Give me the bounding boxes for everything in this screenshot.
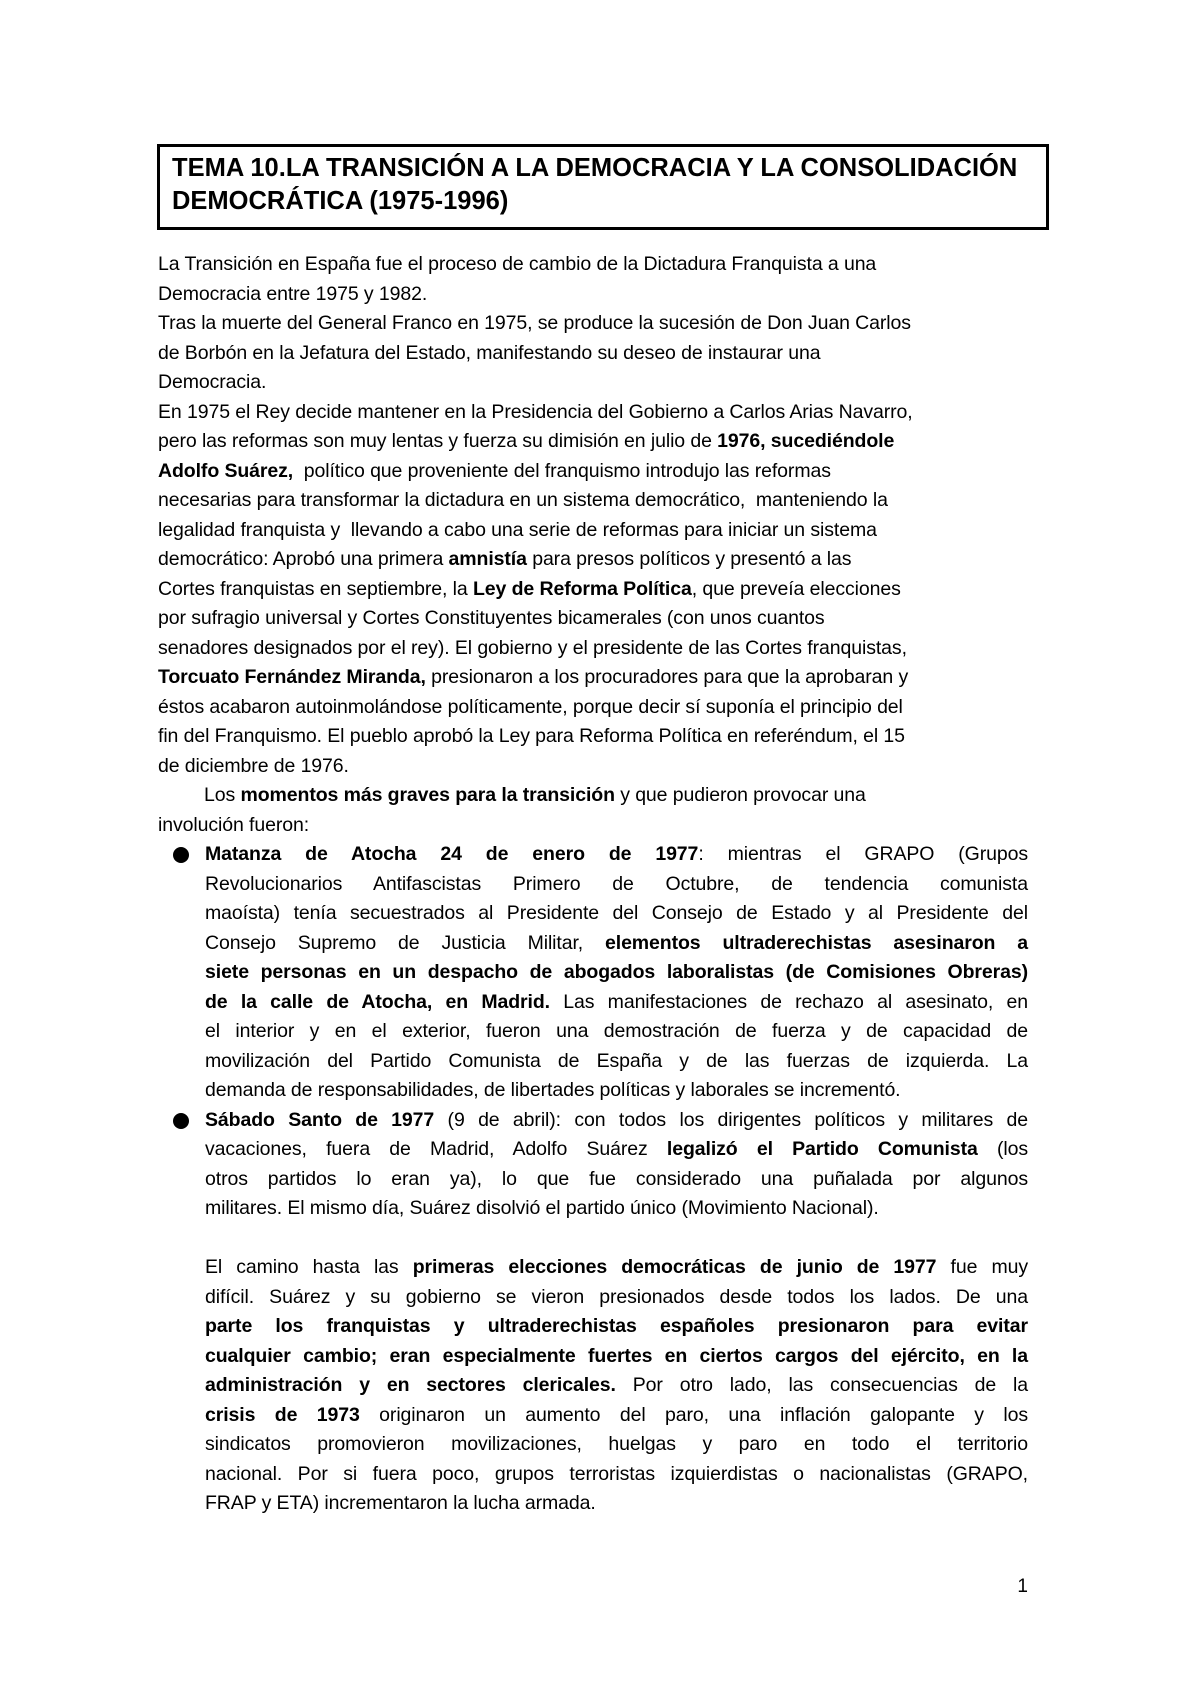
regular-text: Cortes franquistas en septiembre, la [158,578,473,600]
bold-text: administración y en sectores clericales. [205,1374,616,1396]
text-line: Torcuato Fernández Miranda, presionaron … [158,663,1028,693]
text-line: senadores designados por el rey). El gob… [158,634,1028,664]
regular-text: éstos acabaron autoinmolándose políticam… [158,696,903,718]
regular-text: por sufragio universal y Cortes Constitu… [158,607,825,629]
bold-text: parte los franquistas y ultraderechistas… [205,1315,1028,1337]
text-line: parte los franquistas y ultraderechistas… [205,1312,1028,1342]
text-line: legalidad franquista y llevando a cabo u… [158,516,1028,546]
text-line: el interior y en el exterior, fueron una… [205,1017,1028,1047]
regular-text: presionaron a los procuradores para que … [426,666,908,688]
bold-text: siete personas en un despacho de abogado… [205,961,1028,983]
bold-text: Adolfo Suárez, [158,460,293,482]
regular-text: necesarias para transformar la dictadura… [158,489,888,511]
text-line: crisis de 1973 originaron un aumento del… [205,1401,1028,1431]
regular-text: Consejo Supremo de Justicia Militar, [205,932,605,954]
paragraph: Tras la muerte del General Franco en 197… [158,309,1028,398]
bullet-item: Sábado Santo de 1977 (9 de abril): con t… [158,1106,1028,1224]
text-line: Los momentos más graves para la transici… [158,781,1028,811]
text-line: éstos acabaron autoinmolándose políticam… [158,693,1028,723]
text-line: Consejo Supremo de Justicia Militar, ele… [205,929,1028,959]
regular-text: Democracia entre 1975 y 1982. [158,283,427,305]
regular-text: Democracia. [158,371,266,393]
text-line: militares. El mismo día, Suárez disolvió… [205,1194,1028,1224]
text-line: administración y en sectores clericales.… [205,1371,1028,1401]
regular-text: fue muy [936,1256,1028,1278]
text-line: otros partidos lo eran ya), lo que fue c… [205,1165,1028,1195]
bold-text: Torcuato Fernández Miranda, [158,666,426,688]
text-line: siete personas en un despacho de abogado… [205,958,1028,988]
text-line: demanda de responsabilidades, de liberta… [205,1076,1028,1106]
text-line: fin del Franquismo. El pueblo aprobó la … [158,722,1028,752]
text-line: involución fueron: [158,811,1028,841]
paragraph: En 1975 el Rey decide mantener en la Pre… [158,398,1028,782]
text-line: pero las reformas son muy lentas y fuerz… [158,427,1028,457]
regular-text: involución fueron: [158,814,309,836]
text-line: sindicatos promovieron movilizaciones, h… [205,1430,1028,1460]
text-line: Adolfo Suárez, político que proveniente … [158,457,1028,487]
text-line: vacaciones, fuera de Madrid, Adolfo Suár… [205,1135,1028,1165]
text-line: difícil. Suárez y su gobierno se vieron … [205,1283,1028,1313]
regular-text: demanda de responsabilidades, de liberta… [205,1079,901,1101]
paragraph: La Transición en España fue el proceso d… [158,250,1028,309]
regular-text: originaron un aumento del paro, una infl… [360,1404,1028,1426]
regular-text: de diciembre de 1976. [158,755,349,777]
regular-text: maoísta) tenía secuestrados al President… [205,902,1028,924]
bold-text: Ley de Reforma Política [473,578,692,600]
regular-text: : mientras el GRAPO (Grupos [698,843,1028,865]
regular-text: Revolucionarios Antifascistas Primero de… [205,873,1028,895]
regular-text: El camino hasta las [205,1256,413,1278]
regular-text: sindicatos promovieron movilizaciones, h… [205,1433,1028,1455]
text-line: nacional. Por si fuera poco, grupos terr… [205,1460,1028,1490]
document-page: TEMA 10.LA TRANSICIÓN A LA DEMOCRACIA Y … [0,0,1200,1698]
regular-text: político que proveniente del franquismo … [293,460,831,482]
bold-text: elementos ultraderechistas asesinaron a [605,932,1028,954]
text-line: por sufragio universal y Cortes Constitu… [158,604,1028,634]
text-line: Democracia. [158,368,1028,398]
blank-line [158,1224,1028,1254]
regular-text: nacional. Por si fuera poco, grupos terr… [205,1463,1028,1485]
text-line: democrático: Aprobó una primera amnistía… [158,545,1028,575]
bold-text: 1976, sucediéndole [717,430,894,452]
regular-text: otros partidos lo eran ya), lo que fue c… [205,1168,1028,1190]
document-title-box: TEMA 10.LA TRANSICIÓN A LA DEMOCRACIA Y … [157,144,1049,230]
text-line: de Borbón en la Jefatura del Estado, man… [158,339,1028,369]
text-line: de la calle de Atocha, en Madrid. Las ma… [205,988,1028,1018]
regular-text: de Borbón en la Jefatura del Estado, man… [158,342,820,364]
page-number: 1 [158,1576,1028,1598]
text-line: cualquier cambio; eran especialmente fue… [205,1342,1028,1372]
regular-text: militares. El mismo día, Suárez disolvió… [205,1197,879,1219]
text-line: maoísta) tenía secuestrados al President… [205,899,1028,929]
text-line: movilización del Partido Comunista de Es… [205,1047,1028,1077]
text-line: Sábado Santo de 1977 (9 de abril): con t… [205,1106,1028,1136]
text-line: FRAP y ETA) incrementaron la lucha armad… [205,1489,1028,1519]
regular-text: democrático: Aprobó una primera [158,548,449,570]
bold-text: crisis de 1973 [205,1404,360,1426]
regular-text: En 1975 el Rey decide mantener en la Pre… [158,401,913,423]
regular-text: vacaciones, fuera de Madrid, Adolfo Suár… [205,1138,667,1160]
text-line: de diciembre de 1976. [158,752,1028,782]
bold-text: Sábado Santo de 1977 [205,1109,434,1131]
document-title-line: DEMOCRÁTICA (1975-1996) [172,185,1034,218]
paragraph: El camino hasta las primeras elecciones … [158,1253,1028,1519]
regular-text: senadores designados por el rey). El gob… [158,637,907,659]
regular-text: , que preveía elecciones [692,578,901,600]
bold-text: de la calle de Atocha, en Madrid. [205,991,550,1013]
text-line: Tras la muerte del General Franco en 197… [158,309,1028,339]
text-line: La Transición en España fue el proceso d… [158,250,1028,280]
bullet-icon [173,1113,189,1129]
text-line: Cortes franquistas en septiembre, la Ley… [158,575,1028,605]
bold-text: momentos más graves para la transición [240,784,614,806]
bold-text: cualquier cambio; eran especialmente fue… [205,1345,1028,1367]
regular-text: difícil. Suárez y su gobierno se vieron … [205,1286,1028,1308]
bold-text: amnistía [449,548,527,570]
bold-text: primeras elecciones democráticas de juni… [413,1256,937,1278]
regular-text: pero las reformas son muy lentas y fuerz… [158,430,717,452]
text-line: Matanza de Atocha 24 de enero de 1977: m… [205,840,1028,870]
text-line: El camino hasta las primeras elecciones … [205,1253,1028,1283]
text-line: En 1975 el Rey decide mantener en la Pre… [158,398,1028,428]
bold-text: Matanza de Atocha 24 de enero de 1977 [205,843,698,865]
regular-text: Tras la muerte del General Franco en 197… [158,312,911,334]
regular-text: fin del Franquismo. El pueblo aprobó la … [158,725,905,747]
regular-text: La Transición en España fue el proceso d… [158,253,876,275]
paragraph: Los momentos más graves para la transici… [158,781,1028,840]
regular-text: para presos políticos y presentó a las [527,548,852,570]
regular-text: (9 de abril): con todos los dirigentes p… [434,1109,1028,1131]
text-line: Revolucionarios Antifascistas Primero de… [205,870,1028,900]
bullet-icon [173,847,189,863]
regular-text: y que pudieron provocar una [615,784,866,806]
text-line: Democracia entre 1975 y 1982. [158,280,1028,310]
regular-text: legalidad franquista y llevando a cabo u… [158,519,877,541]
regular-text: el interior y en el exterior, fueron una… [205,1020,1028,1042]
regular-text: Las manifestaciones de rechazo al asesin… [550,991,1028,1013]
regular-text: (los [978,1138,1028,1160]
bold-text: legalizó el Partido Comunista [667,1138,978,1160]
regular-text: movilización del Partido Comunista de Es… [205,1050,1028,1072]
text-line: necesarias para transformar la dictadura… [158,486,1028,516]
regular-text: Por otro lado, las consecuencias de la [616,1374,1028,1396]
document-body: La Transición en España fue el proceso d… [158,250,1028,1519]
document-title-line: TEMA 10.LA TRANSICIÓN A LA DEMOCRACIA Y … [172,152,1034,185]
regular-text: FRAP y ETA) incrementaron la lucha armad… [205,1492,596,1514]
bullet-item: Matanza de Atocha 24 de enero de 1977: m… [158,840,1028,1106]
regular-text: Los [204,784,240,806]
